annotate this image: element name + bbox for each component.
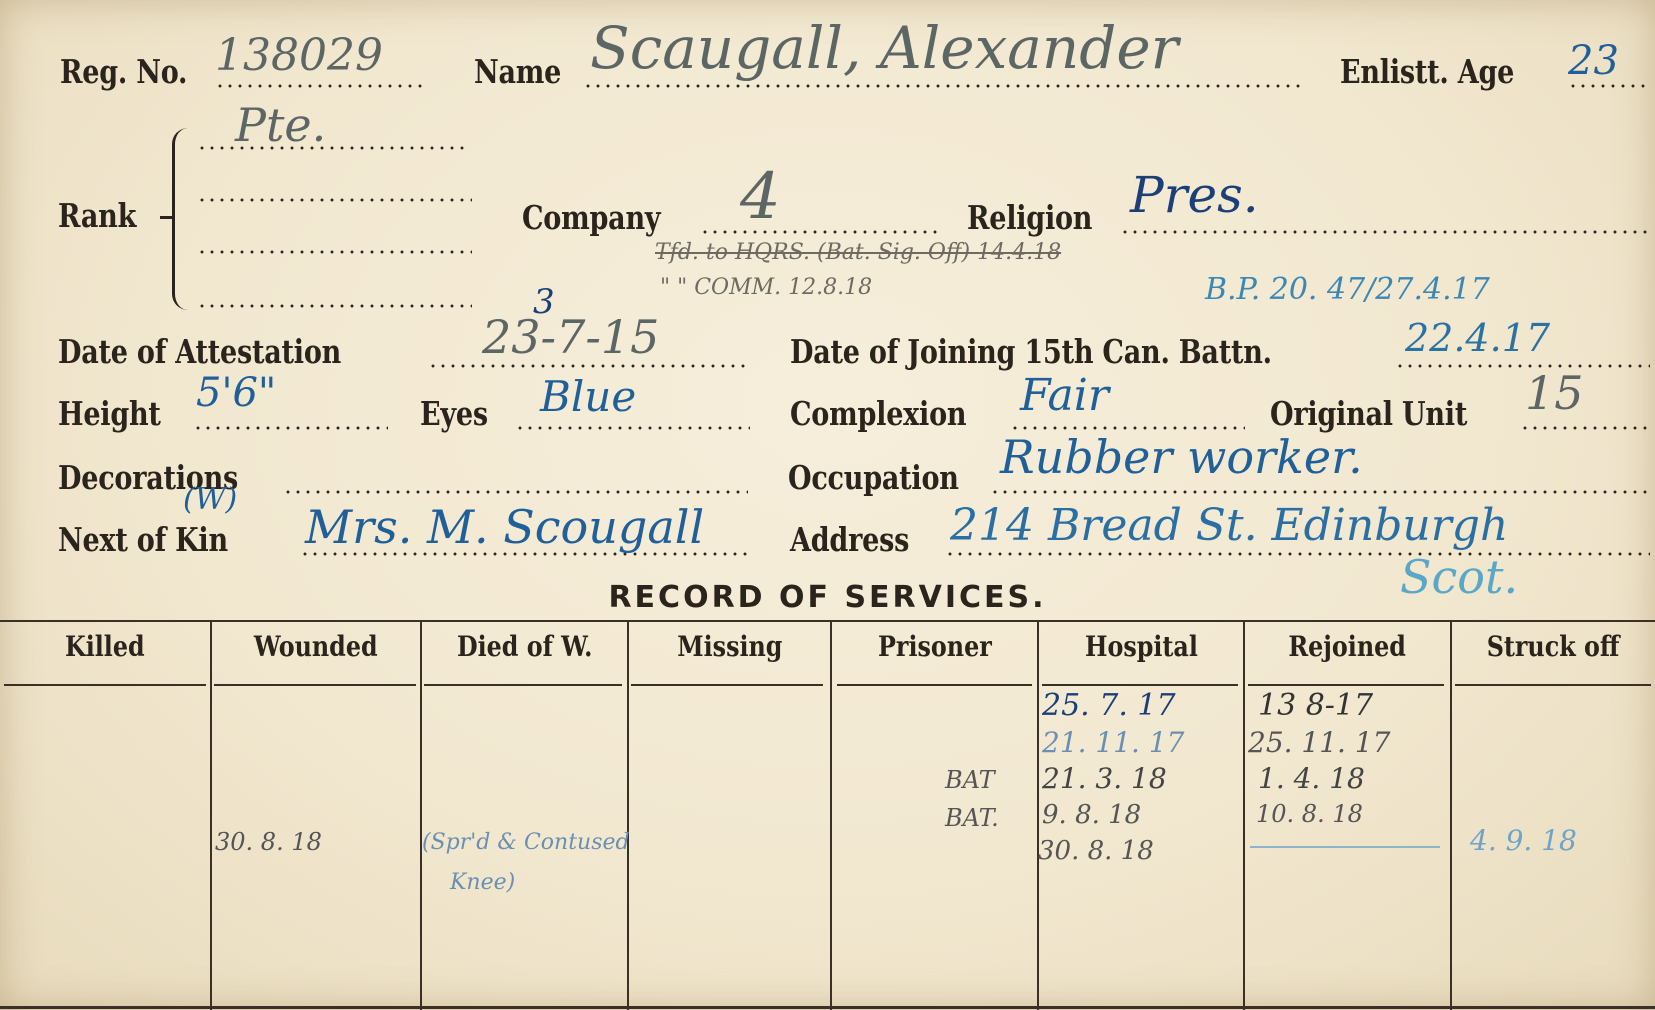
hospital-entry-2: 21. 11. 17 xyxy=(1042,726,1185,759)
original-unit-dots xyxy=(1520,426,1650,430)
occupation-label: Occupation xyxy=(788,458,959,497)
col-killed: Killed xyxy=(0,630,210,670)
col-died-of-w: Died of W. xyxy=(422,630,627,670)
rank-dots-2 xyxy=(197,198,472,202)
struck-off-date: 4. 9. 18 xyxy=(1470,824,1577,857)
header-underline-2 xyxy=(214,684,416,686)
enlist-age-dots xyxy=(1568,84,1648,88)
header-underline-1 xyxy=(4,684,206,686)
reg-no-dots xyxy=(215,84,425,88)
wound-note-2: Knee) xyxy=(450,870,515,895)
company-label: Company xyxy=(522,198,660,237)
table-top-rule xyxy=(0,620,1655,622)
decorations-dots xyxy=(283,490,748,494)
name-label: Name xyxy=(474,52,561,91)
attestation-correction: 3 xyxy=(533,282,555,322)
reg-no-value: 138029 xyxy=(215,30,383,81)
col-divider-6 xyxy=(1243,622,1245,1010)
address-label: Address xyxy=(790,520,909,559)
rejoined-entry-3: 1. 4. 18 xyxy=(1258,762,1365,795)
joining-label: Date of Joining 15th Can. Battn. xyxy=(790,332,1272,371)
complexion-label: Complexion xyxy=(790,394,966,433)
next-of-kin-value: Mrs. M. Scougall xyxy=(305,500,704,554)
rejoined-entry-2: 25. 11. 17 xyxy=(1248,726,1391,759)
name-value: Scaugall, Alexander xyxy=(590,14,1178,82)
rejoined-entry-4: 10. 8. 18 xyxy=(1256,800,1363,828)
attestation-dots xyxy=(428,364,748,368)
col-struck-off: Struck off xyxy=(1452,630,1655,670)
rank-dots-4 xyxy=(197,304,472,308)
col-wounded: Wounded xyxy=(212,630,420,670)
header-underline-6 xyxy=(1042,684,1238,686)
hospital-entry-3: 21. 3. 18 xyxy=(1042,762,1167,795)
name-dots xyxy=(583,84,1303,88)
original-unit-value: 15 xyxy=(1525,366,1584,420)
hospital-entry-5: 30. 8. 18 xyxy=(1038,836,1154,866)
rank-brace-tip xyxy=(160,216,174,219)
prisoner-entry-2: BAT. xyxy=(945,804,999,832)
next-of-kin-label: Next of Kin xyxy=(58,520,228,559)
header-underline-5 xyxy=(837,684,1032,686)
prisoner-entry-1: BAT xyxy=(945,766,995,794)
joining-dots xyxy=(1395,364,1650,368)
company-dots xyxy=(700,230,940,234)
col-divider-2 xyxy=(420,622,422,1010)
service-record-card: Reg. No. 138029 Name Scaugall, Alexander… xyxy=(0,0,1655,1010)
transfer-note-2: " " COMM. 12.8.18 xyxy=(660,275,872,300)
col-divider-3 xyxy=(627,622,629,1010)
company-value: 4 xyxy=(740,160,781,234)
reg-no-label: Reg. No. xyxy=(60,52,187,91)
height-value: 5'6" xyxy=(196,370,276,416)
col-rejoined: Rejoined xyxy=(1245,630,1450,670)
col-hospital: Hospital xyxy=(1039,630,1243,670)
joining-value: 22.4.17 xyxy=(1405,316,1550,360)
next-of-kin-annotation: (W) xyxy=(183,482,237,517)
header-underline-3 xyxy=(424,684,622,686)
occupation-value: Rubber worker. xyxy=(1000,430,1363,484)
address-value: 214 Bread St. Edinburgh xyxy=(950,500,1508,551)
rejoined-dash-line xyxy=(1250,846,1440,848)
col-divider-7 xyxy=(1450,622,1452,1010)
height-label: Height xyxy=(58,394,161,433)
religion-label: Religion xyxy=(967,198,1092,237)
religion-dots xyxy=(1120,230,1650,234)
record-title: RECORD OF SERVICES. xyxy=(0,580,1655,615)
wounded-date: 30. 8. 18 xyxy=(215,828,322,856)
eyes-value: Blue xyxy=(540,372,636,421)
religion-value: Pres. xyxy=(1130,166,1259,224)
rank-value: Pte. xyxy=(235,98,326,152)
eyes-label: Eyes xyxy=(420,394,488,433)
occupation-dots xyxy=(990,490,1650,494)
rank-brace xyxy=(172,128,195,310)
bp-note: B.P. 20. 47/27.4.17 xyxy=(1205,272,1490,307)
attestation-label: Date of Attestation xyxy=(58,332,341,371)
col-divider-5 xyxy=(1037,622,1039,1010)
rank-label: Rank xyxy=(58,196,136,235)
hospital-entry-1: 25. 7. 17 xyxy=(1042,688,1176,723)
enlist-age-value: 23 xyxy=(1568,38,1619,84)
attestation-value: 23-7-15 xyxy=(482,310,659,364)
wound-note-1: (Spr'd & Contused xyxy=(422,830,630,855)
header-underline-7 xyxy=(1248,684,1444,686)
col-missing: Missing xyxy=(629,630,830,670)
transfer-note-1: Tfd. to HQRS. (Bat. Sig. Off) 14.4.18 xyxy=(655,240,1061,265)
height-dots xyxy=(193,426,388,430)
enlist-age-label: Enlistt. Age xyxy=(1340,52,1514,91)
original-unit-label: Original Unit xyxy=(1270,394,1467,433)
rejoined-entry-1: 13 8-17 xyxy=(1258,688,1373,723)
header-underline-4 xyxy=(631,684,823,686)
complexion-value: Fair xyxy=(1020,370,1109,421)
rank-dots-3 xyxy=(197,250,472,254)
hospital-entry-4: 9. 8. 18 xyxy=(1042,800,1141,830)
col-divider-1 xyxy=(210,622,212,1010)
col-prisoner: Prisoner xyxy=(832,630,1037,670)
header-underline-8 xyxy=(1455,684,1651,686)
col-divider-4 xyxy=(830,622,832,1010)
table-bottom-rule xyxy=(0,1006,1655,1009)
address-dots xyxy=(945,552,1650,556)
eyes-dots xyxy=(515,426,750,430)
